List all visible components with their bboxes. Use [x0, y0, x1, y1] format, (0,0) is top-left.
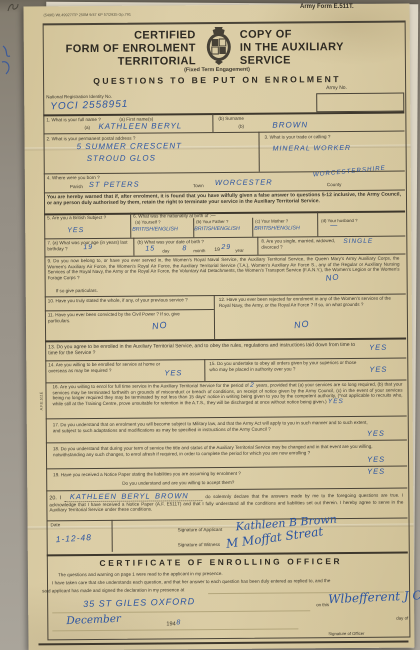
q12-answer: NO [293, 319, 310, 331]
q15-answer: YES [369, 365, 387, 374]
q5-answer: YES [67, 227, 84, 234]
q13-label: 13. Do you agree to be enrolled in the A… [48, 342, 363, 357]
q20-declaration: 20. I KATHLEEN BERYL BROWN do solemnly d… [49, 492, 403, 514]
q19-answer: YES [367, 467, 385, 476]
year-printed: 194 [166, 621, 175, 627]
divider [204, 359, 205, 381]
divider [130, 213, 131, 238]
divider [252, 218, 253, 237]
q7-age-answer: 19 [83, 244, 93, 251]
photo-of-enrolment-form: { "meta": { "army_form_no": "Army Form E… [0, 0, 420, 650]
q2-label: 2. What is your permanent postal address… [46, 136, 135, 142]
q16-label: 16. Are you willing to enrol for full ti… [52, 382, 402, 407]
header-form-of-enrolment: FORM OF ENROLMENT [64, 42, 196, 55]
day-of-label: day of [396, 616, 408, 621]
applicant-signature-label: Signature of Applicant [178, 527, 223, 532]
q6-a-answer: BRITISH/ENGLISH [132, 226, 178, 232]
q6-c-answer: BRITISH/ENGLISH [254, 225, 300, 231]
printers-code: (5496) Wt.49927/TP 250M 9/47 KP 57/2935 … [44, 13, 131, 18]
q4-county-label: County [327, 182, 342, 187]
ink-mark [6, 0, 20, 12]
q17-answer: YES [367, 429, 385, 438]
army-form-number: Army Form E.511T. [300, 4, 354, 10]
q18-answer: YES [367, 455, 385, 464]
q7-year-label: year [235, 248, 243, 253]
q9-label: 9. Do you now belong to, or have you eve… [47, 256, 399, 281]
divider [133, 238, 134, 256]
q6-b-answer: BRITISH/ENGLISH [194, 226, 240, 232]
divider [212, 113, 213, 132]
q1-surname-answer: BROWN [272, 120, 308, 129]
q8-label: 8. Are you single, married, widowed, div… [261, 238, 353, 250]
q9-note: If so give particulars. [56, 288, 98, 294]
royal-crest-icon [202, 25, 236, 67]
q6-d-answer: — [330, 222, 338, 229]
q6-d-label: (d) Your husband ? [321, 218, 357, 223]
q12-label: 12. Have you ever been rejected for enro… [219, 296, 399, 309]
header-certified: CERTIFIED [64, 29, 196, 42]
q1-surname-label: (b) Surname [218, 116, 244, 121]
q13-answer: YES [369, 343, 387, 352]
header-copy-of: COPY OF [240, 28, 390, 41]
q7-month-value: 8 [182, 245, 187, 252]
q20-prefix: 20. I [49, 495, 61, 501]
divider [257, 237, 258, 255]
q16-answer: YES [328, 398, 344, 405]
q15-label: 15. Do you undertake to obey all orders … [209, 360, 359, 372]
q2-answer-line2: STROUD GLOS [87, 153, 156, 163]
divider [317, 211, 318, 236]
q6-c-label: (c) Your Mother ? [255, 218, 288, 223]
q4-parish-answer: ST PETERS [89, 180, 140, 189]
q7-month-label: month [193, 248, 205, 253]
q14-answer: YES [164, 368, 182, 377]
date-label: Date [51, 522, 61, 527]
witness-signature-label: Signature of Witness [178, 542, 220, 547]
q10-label: 10. Have you truly stated the whole, if … [48, 297, 198, 304]
q11-label: 11. Have you ever been convicted by the … [48, 311, 198, 323]
q7-dob-label: (b) What was your date of birth ? [137, 239, 204, 245]
year-answer: 8 [176, 619, 181, 626]
army-no-box [316, 93, 404, 113]
q3-label: 3. What is your trade or calling ? [264, 134, 399, 140]
q4-town-label: Town [193, 183, 204, 188]
army-no-label: Army No. [326, 85, 347, 91]
form-paper: (5496) Wt.49927/TP 250M 9/47 KP 57/2935 … [23, 3, 414, 650]
q6-b-label: (b) Your Father ? [196, 219, 228, 224]
ink-mark [0, 44, 16, 76]
q11-answer: NO [151, 320, 168, 332]
month-answer: December [66, 613, 121, 627]
header-territorial: TERRITORIAL [64, 55, 196, 68]
q1-a-prefix: (a) [84, 125, 90, 130]
q1-first-answer: KATHLEEN BERYL [98, 121, 182, 131]
nat-reg-label: National Registration Identity No. [46, 94, 112, 100]
bottom-rule [38, 641, 408, 646]
q9-answer: NO [325, 272, 340, 283]
q7-day-value: 15 [145, 245, 155, 252]
q5-label: 5. Are you a British Subject ? [47, 215, 125, 221]
q3-answer: MINERAL WORKER [273, 145, 351, 153]
on-this-label: on this [316, 602, 329, 607]
q7-year-value: 29 [221, 244, 231, 251]
q6-label: 6. What was the nationality at birth of … [133, 213, 216, 219]
header-in-the-auxiliary: IN THE AUXILIARY [240, 41, 390, 54]
q14-label: 14. Are you willing to be enrolled for s… [48, 361, 173, 373]
officer-signature-label: Signature of Officer [328, 631, 364, 636]
q7-year-prefix: 19 [214, 247, 220, 253]
q2-answer-line1: 5 SUMMER CRESCENT [77, 141, 183, 151]
q6-a-label: (a) Yourself ? [135, 219, 160, 224]
q16-margin-note: A.F.E.511E [40, 392, 44, 411]
q8-answer: SINGLE [343, 238, 373, 245]
q4-parish-label: Parish [70, 184, 83, 189]
q1-b-prefix: (b) [238, 124, 244, 129]
q7-day-label: day [162, 248, 169, 253]
q19-label2: Do you understand and are you willing to… [122, 480, 234, 486]
q1-label: 1. What is your full name ? [46, 117, 100, 122]
q4-town-answer: WORCESTER [215, 178, 273, 187]
certificate-line3: said applicant has made and signed the d… [42, 587, 184, 594]
